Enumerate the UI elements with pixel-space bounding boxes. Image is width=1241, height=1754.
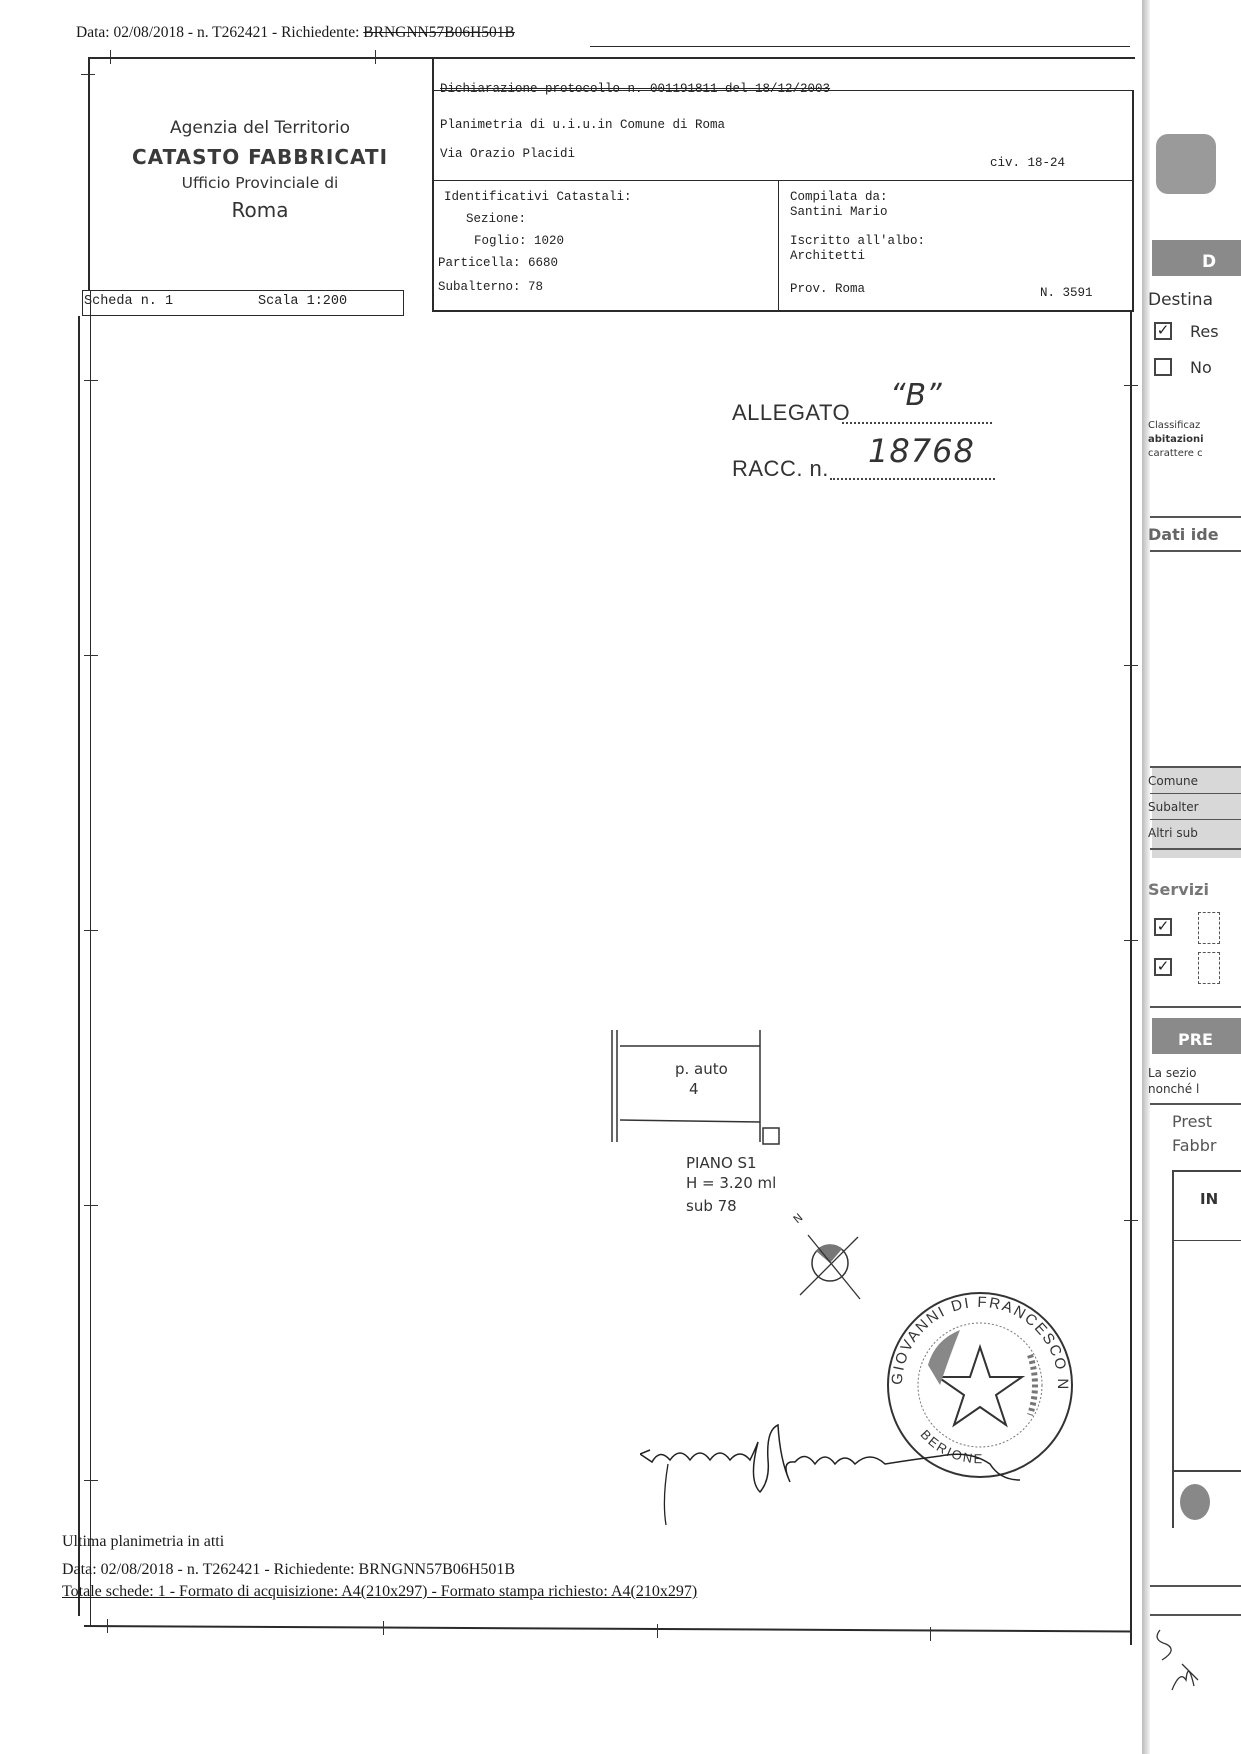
data-row-comune: Comune xyxy=(1148,774,1198,788)
declaration-protocol-text: Dichiarazione protocollo n. 001191811 de… xyxy=(440,82,830,96)
compiler-number: N. 3591 xyxy=(1040,286,1093,300)
energy-box xyxy=(1172,1170,1241,1528)
divider xyxy=(1150,1103,1241,1105)
header-request-line: Data: 02/08/2018 - n. T262421 - Richiede… xyxy=(76,24,515,42)
compiler-name: Santini Mario xyxy=(790,205,888,219)
compiler-divider xyxy=(778,180,779,310)
parking-space-drawing xyxy=(600,1030,800,1150)
compiler-province: Prov. Roma xyxy=(790,282,865,296)
prestazione-line2: Fabbr xyxy=(1172,1136,1216,1155)
underlying-sheet: D Destina ✓ Res No Classificaz abitazion… xyxy=(1142,0,1241,1754)
compiler-albo-label: Iscritto all'albo: xyxy=(790,234,925,248)
residential-checkbox[interactable]: ✓ xyxy=(1154,322,1172,340)
divider xyxy=(1172,1240,1241,1241)
divider xyxy=(1172,1470,1241,1472)
crop-mark xyxy=(110,50,111,64)
identifier-subalterno: Subalterno: 78 xyxy=(438,280,543,294)
crop-mark xyxy=(375,50,376,64)
allegato-label: ALLEGATO xyxy=(732,400,850,426)
footer-last-plan: Ultima planimetria in atti xyxy=(62,1533,224,1551)
service-icon-1 xyxy=(1198,912,1220,944)
racc-label: RACC. n. xyxy=(732,456,829,482)
classification-line1: Classificaz xyxy=(1148,420,1200,431)
section-band-d xyxy=(1152,240,1241,276)
section-band-pre-label: PRE xyxy=(1178,1030,1213,1049)
header-requester-code: BRNGNN57B06H501B xyxy=(363,24,515,41)
divider xyxy=(1150,1614,1241,1616)
north-arrow-icon xyxy=(790,1215,870,1305)
divider xyxy=(1150,766,1241,768)
crop-mark xyxy=(107,1619,108,1633)
seal-text-top: GIOVANNI DI FRANCESCO NOTAIO IN ROMA xyxy=(880,1285,1071,1391)
energy-box-label: IN xyxy=(1200,1190,1218,1208)
svg-text:GIOVANNI DI FRANCESCO NOTAIO I: GIOVANNI DI FRANCESCO NOTAIO IN ROMA xyxy=(880,1285,1071,1391)
divider xyxy=(1150,1006,1241,1008)
allegato-value: “B” xyxy=(890,378,942,413)
agency-name: Agenzia del Territorio xyxy=(90,118,430,138)
classification-line2: abitazioni xyxy=(1148,434,1204,445)
racc-dots xyxy=(830,478,995,480)
sheet-number: Scheda n. 1 xyxy=(84,294,173,309)
allegato-dots xyxy=(842,422,992,424)
classification-line3: carattere c xyxy=(1148,448,1203,459)
identifier-sezione: Sezione: xyxy=(466,212,526,226)
frame-right-upper xyxy=(1132,90,1134,312)
header-rule xyxy=(590,46,1130,47)
room-number: 4 xyxy=(689,1080,699,1098)
footer-request-line: Data: 02/08/2018 - n. T262421 - Richiede… xyxy=(62,1561,515,1579)
declaration-civic: civ. 18-24 xyxy=(990,156,1065,170)
title-block-bottom xyxy=(432,310,1132,312)
prestazione-line1: Prest xyxy=(1172,1112,1212,1131)
identifiers-heading: Identificativi Catastali: xyxy=(444,190,632,204)
crop-mark xyxy=(1124,940,1138,941)
crop-mark xyxy=(84,1480,98,1481)
floor-label: PIANO S1 xyxy=(686,1154,757,1172)
divider xyxy=(1150,819,1241,820)
initials-signature xyxy=(1152,1620,1212,1700)
residential-label: Res xyxy=(1190,322,1219,341)
drawing-frame-right xyxy=(1130,312,1132,1645)
crop-mark xyxy=(930,1627,931,1641)
dati-heading: Dati ide xyxy=(1148,525,1219,544)
crop-mark xyxy=(657,1624,658,1638)
energy-badge-icon xyxy=(1180,1484,1210,1520)
title-divider xyxy=(432,57,434,312)
drawing-frame-left-inner xyxy=(90,290,91,1626)
declaration-rule xyxy=(432,90,1132,91)
section-note-line2: nonché l xyxy=(1148,1082,1199,1096)
divider xyxy=(1150,793,1241,794)
emblem-logo xyxy=(1156,134,1216,194)
non-residential-checkbox[interactable] xyxy=(1154,358,1172,376)
crop-mark xyxy=(84,1205,98,1206)
crop-mark xyxy=(84,655,98,656)
crop-mark xyxy=(81,74,95,75)
non-residential-label: No xyxy=(1190,358,1212,377)
service-icon-2 xyxy=(1198,952,1220,984)
declaration-protocol: Dichiarazione protocollo n. 001191811 de… xyxy=(440,82,830,96)
drawing-frame-bottom xyxy=(84,1625,1132,1632)
agency-office: Ufficio Provinciale di xyxy=(90,174,430,192)
crop-mark xyxy=(84,930,98,931)
drawing-frame-left xyxy=(78,316,80,1616)
identifiers-rule xyxy=(432,180,1132,181)
sheet-shadow xyxy=(1142,0,1150,1754)
section-note-line1: La sezio xyxy=(1148,1066,1196,1080)
destinazione-label: Destina xyxy=(1148,290,1213,310)
signature xyxy=(640,1420,1060,1530)
agency-city: Roma xyxy=(90,198,430,222)
servizi-heading: Servizi xyxy=(1148,880,1209,899)
crop-mark xyxy=(1124,665,1138,666)
frame-top xyxy=(88,57,1135,59)
identifier-particella: Particella: 6680 xyxy=(438,256,558,270)
divider xyxy=(1150,516,1241,518)
racc-value: 18768 xyxy=(868,432,975,470)
declaration-title: Planimetria di u.i.u.in Comune di Roma xyxy=(440,118,725,132)
footer-format-line: Totale schede: 1 - Formato di acquisizio… xyxy=(62,1583,697,1601)
floor-height: H = 3.20 ml xyxy=(686,1174,776,1192)
data-row-altri: Altri sub xyxy=(1148,826,1198,840)
service-checkbox-2[interactable]: ✓ xyxy=(1154,958,1172,976)
data-row-subalterno: Subalter xyxy=(1148,800,1199,814)
crop-mark xyxy=(383,1621,384,1635)
crop-mark xyxy=(84,380,98,381)
compiler-albo: Architetti xyxy=(790,249,865,263)
floor-sub: sub 78 xyxy=(686,1197,737,1215)
sheet-scale: Scala 1:200 xyxy=(258,294,347,309)
divider xyxy=(1150,848,1241,850)
crop-mark xyxy=(1124,1220,1138,1221)
service-checkbox-1[interactable]: ✓ xyxy=(1154,918,1172,936)
section-band-d-label: D xyxy=(1202,252,1216,272)
divider xyxy=(1150,550,1241,552)
agency-department: CATASTO FABBRICATI xyxy=(90,145,430,169)
header-request-prefix: Data: 02/08/2018 - n. T262421 - Richiede… xyxy=(76,24,363,41)
room-label: p. auto xyxy=(675,1060,728,1078)
compiler-heading: Compilata da: xyxy=(790,190,888,204)
divider xyxy=(1150,1585,1241,1587)
crop-mark xyxy=(1124,385,1138,386)
identifier-foglio: Foglio: 1020 xyxy=(474,234,564,248)
declaration-address: Via Orazio Placidi xyxy=(440,147,575,161)
